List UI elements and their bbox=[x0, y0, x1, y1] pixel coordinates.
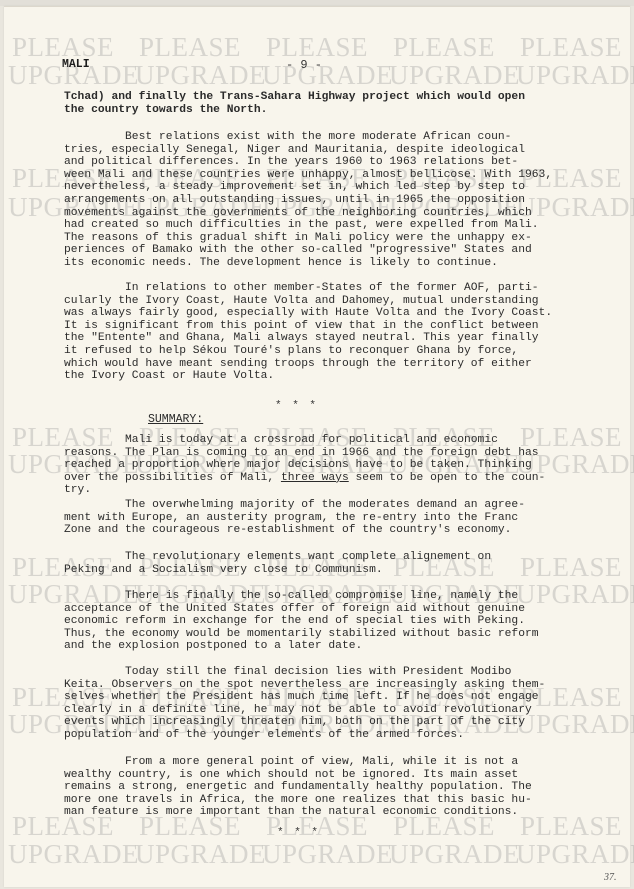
text-line: acceptance of the United States offer of… bbox=[64, 603, 624, 616]
text-line: Peking and a Socialism very close to Com… bbox=[64, 564, 624, 577]
text-line: ment with Europe, an austerity program, … bbox=[64, 512, 624, 525]
text-line: cularly the Ivory Coast, Haute Volta and… bbox=[64, 295, 624, 308]
text-line: The overwhelming majority of the moderat… bbox=[64, 499, 624, 512]
text-line: its economic needs. The development henc… bbox=[64, 257, 624, 270]
text-line: It is significant from this point of vie… bbox=[64, 320, 624, 333]
text-line: Tchad) and finally the Trans-Sahara High… bbox=[64, 91, 624, 104]
text-line: population and of the younger elements o… bbox=[64, 729, 624, 742]
text-line: clearly in a definite line, he may not b… bbox=[64, 704, 624, 717]
text-line: Zone and the courageous re-establishment… bbox=[64, 524, 624, 537]
text-line: Thus, the economy would be momentarily s… bbox=[64, 628, 624, 641]
text-line: In relations to other member-States of t… bbox=[64, 282, 624, 295]
text-line: Today still the final decision lies with… bbox=[64, 666, 624, 679]
text-line: wealthy country, is one which should not… bbox=[64, 769, 624, 782]
paragraph-keita: Today still the final decision lies with… bbox=[64, 666, 624, 742]
text-fragment: seem to be open to the coun- bbox=[349, 472, 546, 484]
text-line: the "Entente" and Ghana, Mali always sta… bbox=[64, 332, 624, 345]
text-line: movements against the governments of the… bbox=[64, 207, 624, 220]
underlined-emphasis: three ways bbox=[281, 472, 349, 484]
paragraph-revolutionary: The revolutionary elements want complete… bbox=[64, 551, 624, 576]
text-line: Best relations exist with the more moder… bbox=[64, 131, 624, 144]
text-line: periences of Bamako with the other so-ca… bbox=[64, 244, 624, 257]
text-line: had created so much difficulties in the … bbox=[64, 219, 624, 232]
section-separator: * * * bbox=[275, 400, 318, 412]
text-line: the country towards the North. bbox=[64, 104, 624, 117]
text-line: which would have meant sending troops th… bbox=[64, 358, 624, 371]
text-line: events which increasingly threaten him, … bbox=[64, 716, 624, 729]
text-line: nevertheless, a steady improvement set i… bbox=[64, 181, 624, 194]
paragraph-crossroad: Mali is today at a crossroad for politic… bbox=[64, 434, 624, 497]
text-line: The reasons of this gradual shift in Mal… bbox=[64, 232, 624, 245]
text-line: There is finally the so-called compromis… bbox=[64, 590, 624, 603]
header-country: MALI bbox=[62, 58, 90, 71]
text-line: the Ivory Coast or Haute Volta. bbox=[64, 370, 624, 383]
end-separator: * * * bbox=[277, 827, 320, 839]
text-line: selves whether the President has much ti… bbox=[64, 691, 624, 704]
text-line: economic reform in exchange for the end … bbox=[64, 615, 624, 628]
text-line: From a more general point of view, Mali,… bbox=[64, 756, 624, 769]
page-number: - 9 - bbox=[286, 58, 322, 72]
text-line: reasons. The Plan is coming to an end in… bbox=[64, 447, 624, 460]
text-line: ween Mali and these countries were unhap… bbox=[64, 169, 624, 182]
text-line: was always fairly good, especially with … bbox=[64, 307, 624, 320]
text-line: it refused to help Sékou Touré's plans t… bbox=[64, 345, 624, 358]
text-line: more one travels in Africa, the more one… bbox=[64, 794, 624, 807]
paragraph-aof: In relations to other member-States of t… bbox=[64, 282, 624, 383]
paragraph-compromise: There is finally the so-called compromis… bbox=[64, 590, 624, 653]
paragraph-moderates: The overwhelming majority of the moderat… bbox=[64, 499, 624, 537]
text-line: arrangements on all outstanding issues, … bbox=[64, 194, 624, 207]
text-line: and political differences. In the years … bbox=[64, 156, 624, 169]
text-line: tries, especially Senegal, Niger and Mau… bbox=[64, 144, 624, 157]
text-line: remains a strong, energetic and fundamen… bbox=[64, 781, 624, 794]
summary-heading: SUMMARY: bbox=[148, 413, 203, 426]
archive-number: 37. bbox=[604, 872, 617, 883]
text-line: over the possibilities of Mali, three wa… bbox=[64, 472, 624, 485]
text-line: and the explosion postponed to a later d… bbox=[64, 640, 624, 653]
paragraph-relations: Best relations exist with the more moder… bbox=[64, 131, 624, 270]
text-line: Keita. Observers on the spot nevertheles… bbox=[64, 679, 624, 692]
paragraph-general: From a more general point of view, Mali,… bbox=[64, 756, 624, 819]
text-line: The revolutionary elements want complete… bbox=[64, 551, 624, 564]
text-line: Mali is today at a crossroad for politic… bbox=[64, 434, 624, 447]
text-line: try. bbox=[64, 484, 624, 497]
text-line: man feature is more important than the n… bbox=[64, 806, 624, 819]
text-line: reached a proportion where major decisio… bbox=[64, 459, 624, 472]
intro-paragraph: Tchad) and finally the Trans-Sahara High… bbox=[64, 91, 624, 116]
text-fragment: over the possibilities of Mali, bbox=[64, 472, 281, 484]
